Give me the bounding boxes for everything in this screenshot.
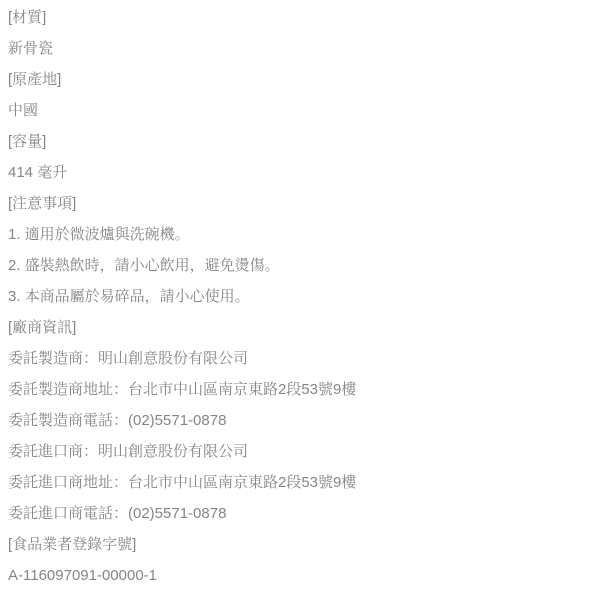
importer-name: 委託進口商：明山創意股份有限公司: [8, 436, 592, 467]
importer-phone: 委託進口商電話：(02)5571-0878: [8, 498, 592, 529]
note-item-3: 3. 本商品屬於易碎品，請小心使用。: [8, 281, 592, 312]
manufacturer-phone: 委託製造商電話：(02)5571-0878: [8, 405, 592, 436]
food-registration-number: A-116097091-00000-1: [8, 560, 592, 591]
section-header-origin: [原產地]: [8, 64, 592, 95]
origin-value: 中國: [8, 95, 592, 126]
manufacturer-name: 委託製造商：明山創意股份有限公司: [8, 343, 592, 374]
note-item-2: 2. 盛裝熱飲時，請小心飲用，避免燙傷。: [8, 250, 592, 281]
capacity-value: 414 毫升: [8, 157, 592, 188]
section-header-food-registration: [食品業者登錄字號]: [8, 529, 592, 560]
section-header-material: [材質]: [8, 2, 592, 33]
section-header-manufacturer-info: [廠商資訊]: [8, 312, 592, 343]
product-info-block: [材質] 新骨瓷 [原產地] 中國 [容量] 414 毫升 [注意事項] 1. …: [0, 0, 600, 591]
section-header-capacity: [容量]: [8, 126, 592, 157]
note-item-1: 1. 適用於微波爐與洗碗機。: [8, 219, 592, 250]
section-header-notes: [注意事項]: [8, 188, 592, 219]
manufacturer-address: 委託製造商地址：台北市中山區南京東路2段53號9樓: [8, 374, 592, 405]
importer-address: 委託進口商地址：台北市中山區南京東路2段53號9樓: [8, 467, 592, 498]
material-value: 新骨瓷: [8, 33, 592, 64]
